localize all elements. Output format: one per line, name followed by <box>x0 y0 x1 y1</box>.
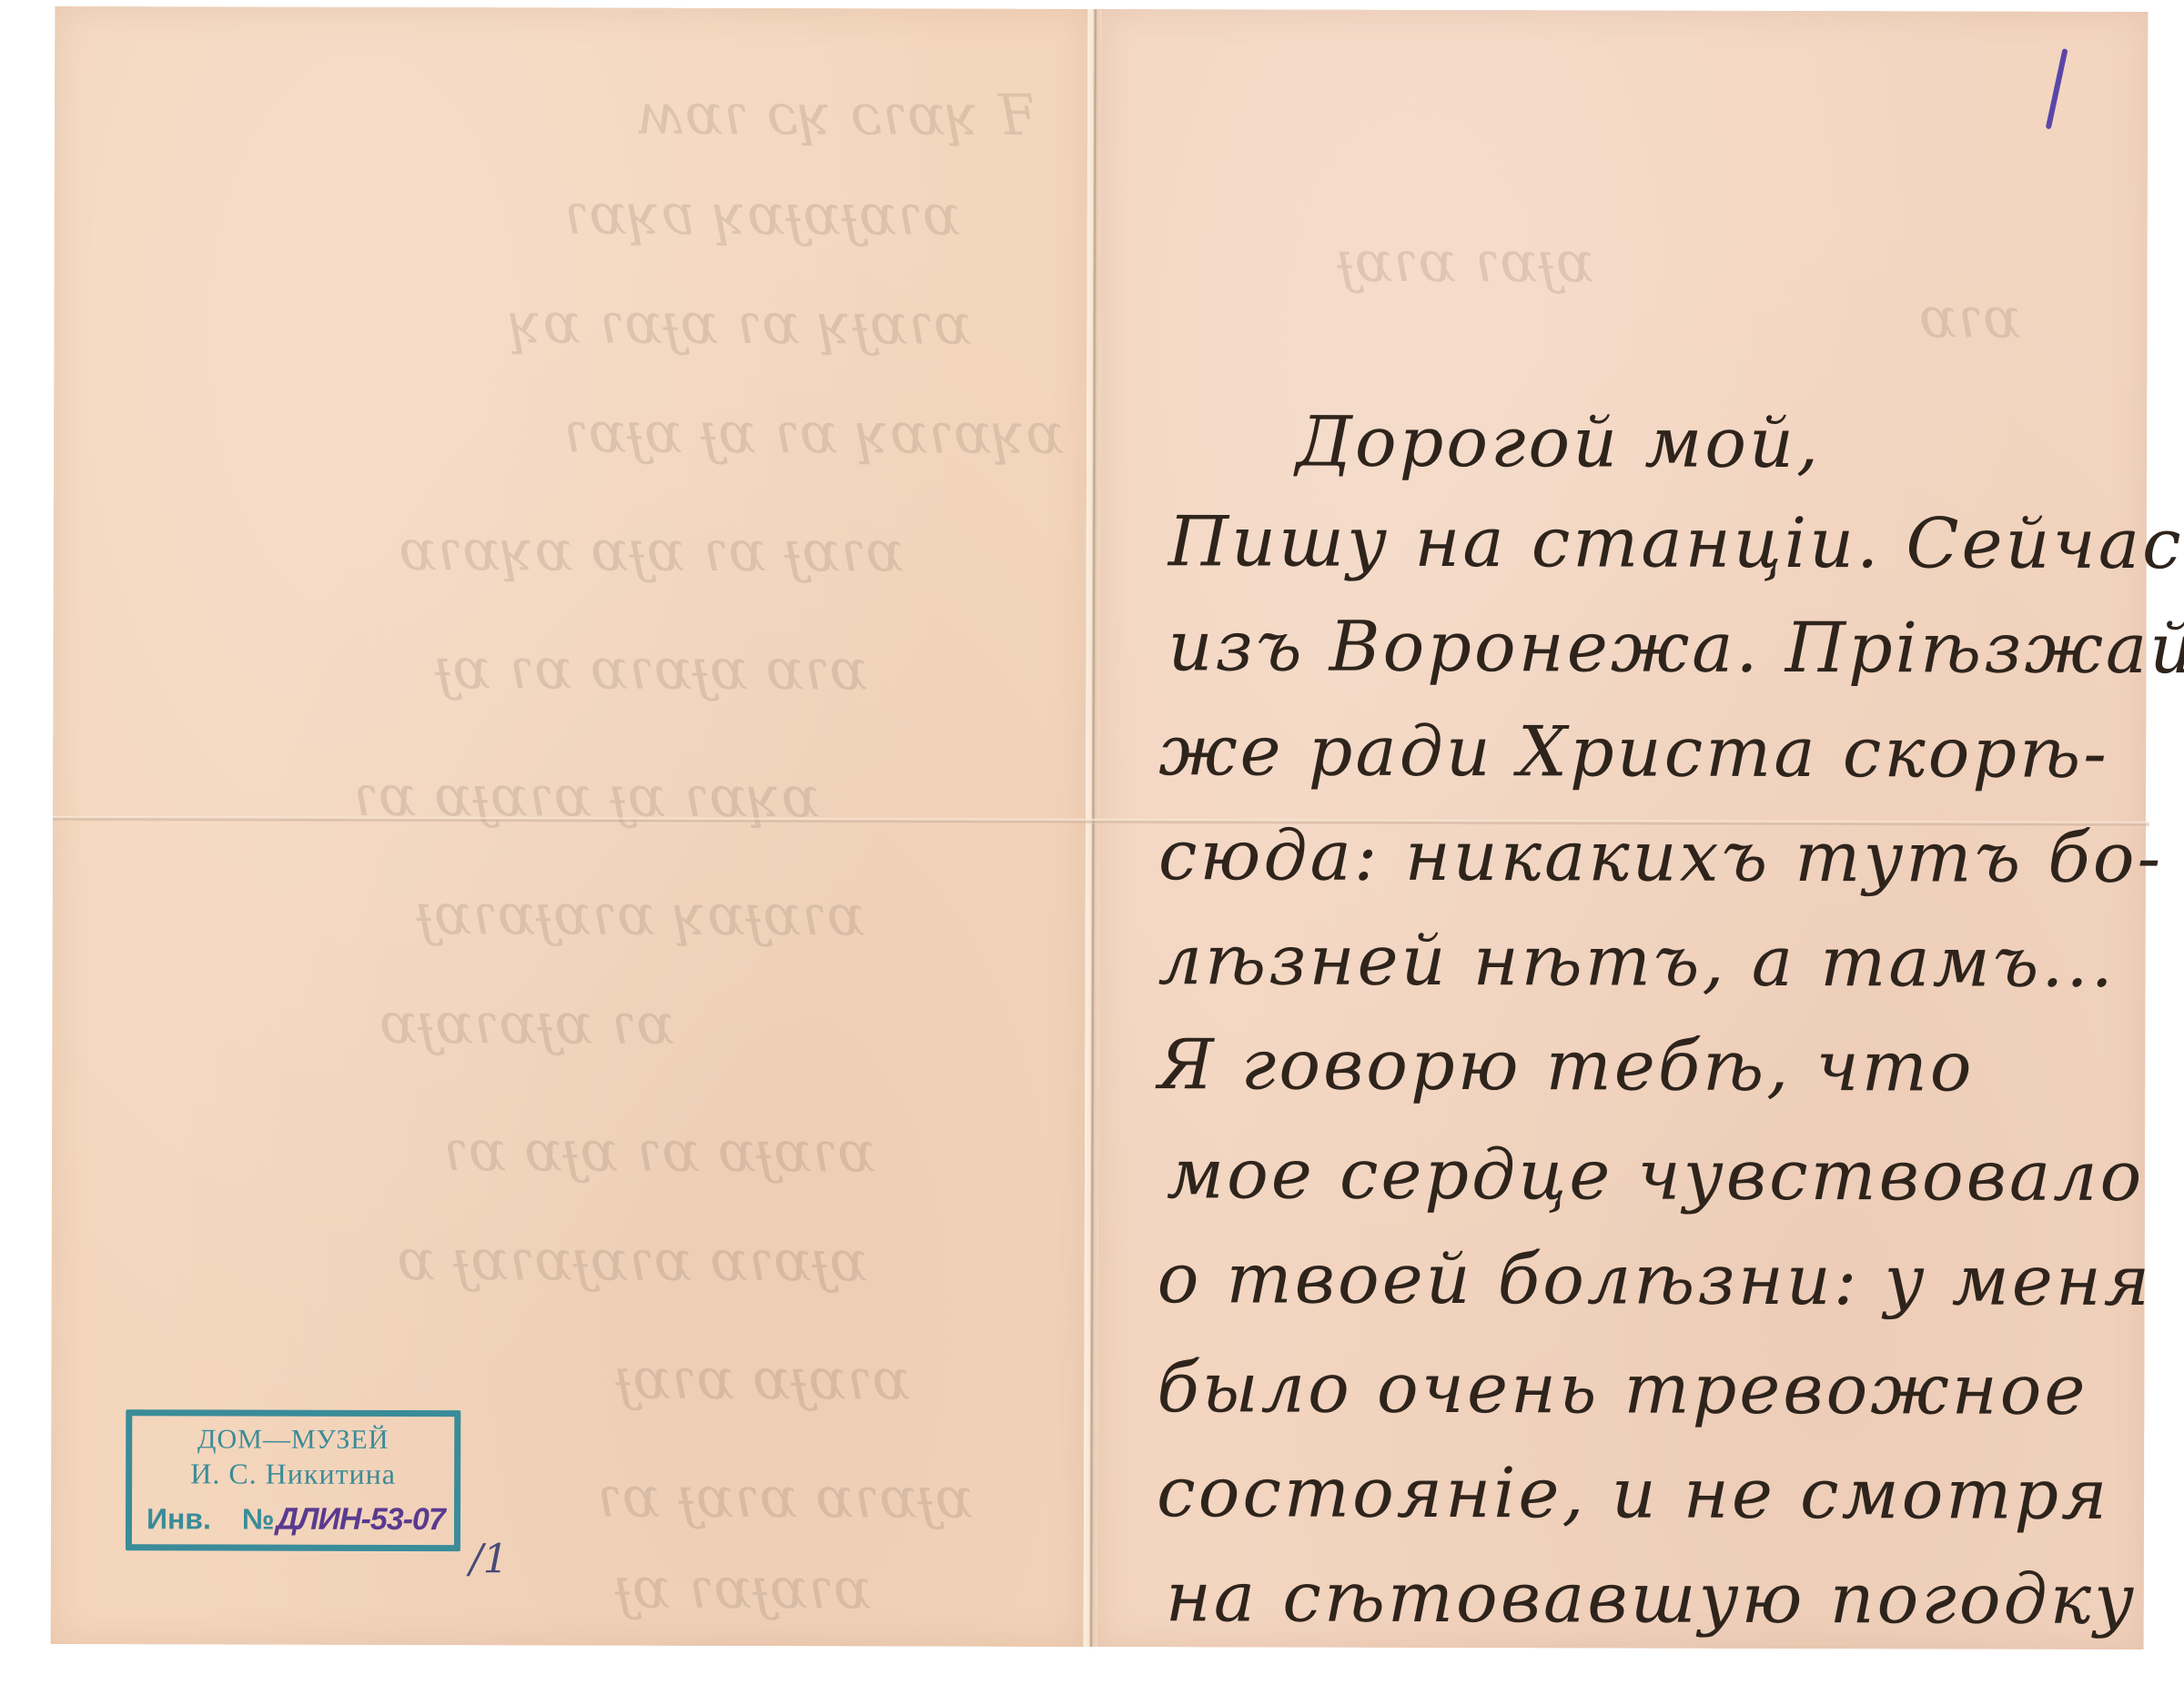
bleed-through-text: ɒɿɒɟɒ ɒɿ ɒɟɒ ɒɿ <box>443 1117 876 1185</box>
bleed-through-text: ɒɟɒɿɒ ɒɿɒɟ ɒɿ <box>597 1464 974 1531</box>
stamp-person-name: И. С. Никитина <box>132 1456 454 1491</box>
museum-stamp: ДОМ—МУЗЕЙ И. С. Никитина Инв. № ДЛИН-53-… <box>126 1409 460 1551</box>
letter-line: на сѣтовавшую погодку <box>1166 1556 2138 1640</box>
stamp-number-sign: № <box>242 1503 275 1537</box>
letter-line: Пишу на станціи. Сейчас <box>1168 500 2184 584</box>
bleed-through-text: ɒɿɒ ɒɟɒɿɒ ɒɿ ɒɟ <box>435 635 868 702</box>
bleed-through-text: ɒʞɒɿɒʞ ɒɿ ɒɟ ɒɟɒɿ <box>563 399 1065 466</box>
sheet-mark: /1 <box>470 1536 509 1582</box>
letter-line: о твоей болѣзни: у меня <box>1158 1237 2153 1321</box>
stamp-inventory-row: Инв. № ДЛИН-53-07 <box>132 1501 454 1538</box>
letter-line: же ради Христа скорѣ- <box>1158 710 2109 793</box>
bleed-through-text: ɒɿɒɟɒʞ ɒɿɒɟɒɿɒɟ <box>417 881 865 948</box>
letter-line: лѣзней нѣтъ, а тамъ... <box>1158 919 2116 1003</box>
letter-line: мое сердце чувствовало <box>1167 1133 2145 1216</box>
bleed-through-text: ɒɿɒ <box>1919 284 2021 350</box>
letter-line: Я говорю тебѣ, что <box>1158 1024 1975 1106</box>
bleed-through-text: ɒɿɒɟ ɒɿ ɒɟɒ ɒʞɒɿɒ <box>399 517 905 584</box>
bleed-through-text: ɒɟɒɿ ɒɿɒɟ <box>1338 228 1595 296</box>
bleed-through-text: ɒɿ ɒɟɒɿɒɟɒ <box>379 990 674 1057</box>
bleed-through-text: ɒɿɒɟɒɟɒʞ ɐʞɒɿ <box>564 180 962 247</box>
bleed-through-text: ɒɟɒɿɒ ɒɿɒɟɒɿɒɟ ɒ <box>398 1226 868 1294</box>
stamp-inventory-label: Инв. <box>147 1502 211 1536</box>
letter-line: состояніе, и не смотря <box>1157 1451 2110 1535</box>
letter-line: было очень тревожное <box>1157 1347 2088 1430</box>
letter-sheet: ꟻ ʞɒɿɔ ʞɔ ɿɒʍ ɒɿɒɟɒɟɒʞ ɐʞɒɿ ɒɿɒɟʞ ɒɿ ɒɟɒ… <box>51 6 2152 1650</box>
bleed-through-text: ɒɿɒɟɒɿ ɒɟ <box>615 1555 873 1622</box>
bleed-through-text: ɒɿɒɟɒ ɒɿɒɟ <box>615 1346 910 1413</box>
letter-line: сюда: никакихъ тутъ бо- <box>1158 814 2164 898</box>
letter-greeting: Дорогой мой, <box>1296 401 1821 484</box>
stamp-museum-name: ДОМ—МУЗЕЙ <box>132 1423 454 1457</box>
bleed-through-text: ꟻ ʞɒɿɔ ʞɔ ɿɒʍ <box>637 81 1037 148</box>
letter-line: изъ Воронежа. Пріѣзжай <box>1168 605 2184 689</box>
stamp-inventory-number: ДЛИН-53-07 <box>277 1502 445 1538</box>
bleed-through-text: ɒɿɒɟʞ ɒɿ ɒɟɒɿ ɒʞ <box>509 289 972 357</box>
left-page: ꟻ ʞɒɿɔ ʞɔ ɿɒʍ ɒɿɒɟɒɟɒʞ ɐʞɒɿ ɒɿɒɟʞ ɒɿ ɒɟɒ… <box>51 6 1088 1647</box>
